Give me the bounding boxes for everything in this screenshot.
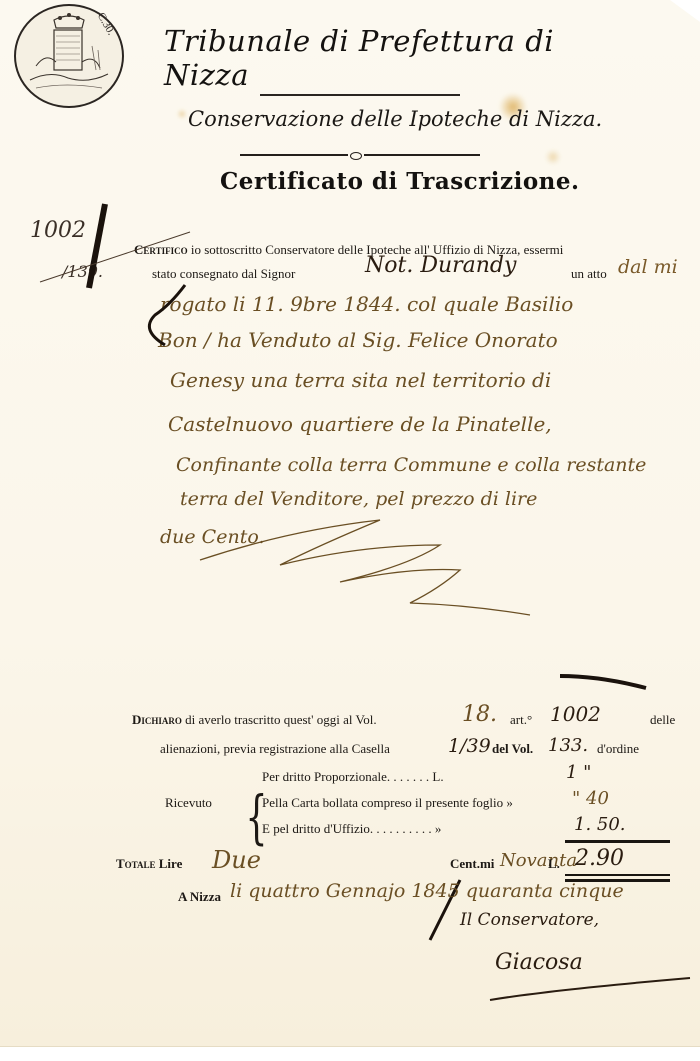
- fee-label: E pel dritto d'Uffizio. . . . . . . . . …: [262, 821, 441, 837]
- casella-number: 1/39: [448, 735, 491, 757]
- foxing-stain: [178, 110, 186, 118]
- handwritten-line: Genesy una terra sita nel territorio di: [170, 368, 551, 392]
- torn-corner: [670, 0, 700, 22]
- total-label: Totale Lire: [116, 856, 182, 872]
- declaration-line-1: Dichiaro di averlo trascritto quest' ogg…: [132, 712, 377, 728]
- handwritten-line: due Cento.: [160, 526, 264, 548]
- fee-label: Per dritto Proporzionale. . . . . . . L.: [262, 769, 444, 785]
- certify-initial: Certifico: [134, 242, 188, 257]
- cent-label-text: Cent.mi: [450, 856, 494, 871]
- l-label-text: L.: [548, 856, 560, 871]
- foxing-stain: [545, 150, 561, 164]
- fee-amount: 1. 50.: [574, 814, 626, 835]
- ordine-label: d'ordine: [597, 741, 639, 757]
- del-vol-text: del Vol.: [492, 741, 533, 756]
- fee-label: Pella Carta bollata compreso il presente…: [262, 795, 513, 811]
- conservator-signature: Giacosa: [495, 950, 583, 975]
- ornamental-divider: [240, 152, 480, 158]
- place-label-text: A Nizza: [178, 889, 221, 904]
- volume-number: 18.: [462, 702, 497, 727]
- handwritten-line: Castelnuovo quartiere de la Pinatelle,: [168, 412, 552, 436]
- handwritten-date: li quattro Gennajo 1845 quaranta cinque: [230, 880, 624, 902]
- total-lire-written: Due: [212, 846, 261, 874]
- declaration-line-2: alienazioni, previa registrazione alla C…: [160, 741, 390, 757]
- received-label: Ricevuto: [165, 795, 212, 811]
- conservator-role: Il Conservatore,: [460, 910, 599, 930]
- volume-2-number: 133.: [548, 735, 588, 756]
- margin-number: 1002: [30, 218, 86, 243]
- handwritten-line: terra del Venditore, pel prezzo di lire: [180, 488, 537, 510]
- office-subtitle: Conservazione delle Ipoteche di Nizza.: [188, 107, 602, 131]
- lire-label: Lire: [159, 856, 183, 871]
- handwritten-line: Confinante colla terra Commune e colla r…: [176, 454, 646, 476]
- total-initial: Totale: [116, 856, 156, 871]
- paper-bottom-edge: [0, 1046, 700, 1061]
- article-number: 1002: [550, 702, 601, 726]
- handwritten-line: Bon / ha Venduto al Sig. Felice Onorato: [158, 328, 558, 352]
- handwritten-atto-continuation: dal mi: [618, 256, 678, 278]
- fee-amount: " 40: [572, 788, 609, 809]
- place-label: A Nizza: [178, 889, 221, 905]
- certify-line-2-end: un atto: [571, 266, 607, 282]
- fee-amount: 1 ": [566, 762, 591, 783]
- cent-label: Cent.mi: [450, 856, 494, 872]
- title-underline: [260, 94, 460, 96]
- l-label: L.: [548, 856, 560, 872]
- delle-label: delle: [650, 712, 675, 728]
- certificate-title: Certificato di Trascrizione.: [220, 168, 580, 195]
- total-top-rule: [565, 840, 670, 843]
- margin-fraction: /139.: [62, 262, 103, 281]
- certify-line-2: stato consegnato dal Signor: [152, 266, 295, 282]
- del-vol-label: del Vol.: [492, 741, 533, 757]
- art-label: art.°: [510, 712, 532, 728]
- total-amount: 2.90: [575, 846, 624, 871]
- declaration-text-a: di averlo trascritto quest' oggi al Vol.: [185, 712, 376, 727]
- total-cent-written: Novanta: [500, 850, 577, 871]
- tribunal-title: Tribunale di Prefettura di Nizza: [164, 24, 604, 92]
- total-double-rule: [565, 874, 670, 876]
- handwritten-signor-name: Not. Durandy: [365, 253, 516, 278]
- declaration-initial: Dichiaro: [132, 712, 182, 727]
- handwritten-line: rogato li 11. 9bre 1844. col quale Basil…: [160, 292, 573, 316]
